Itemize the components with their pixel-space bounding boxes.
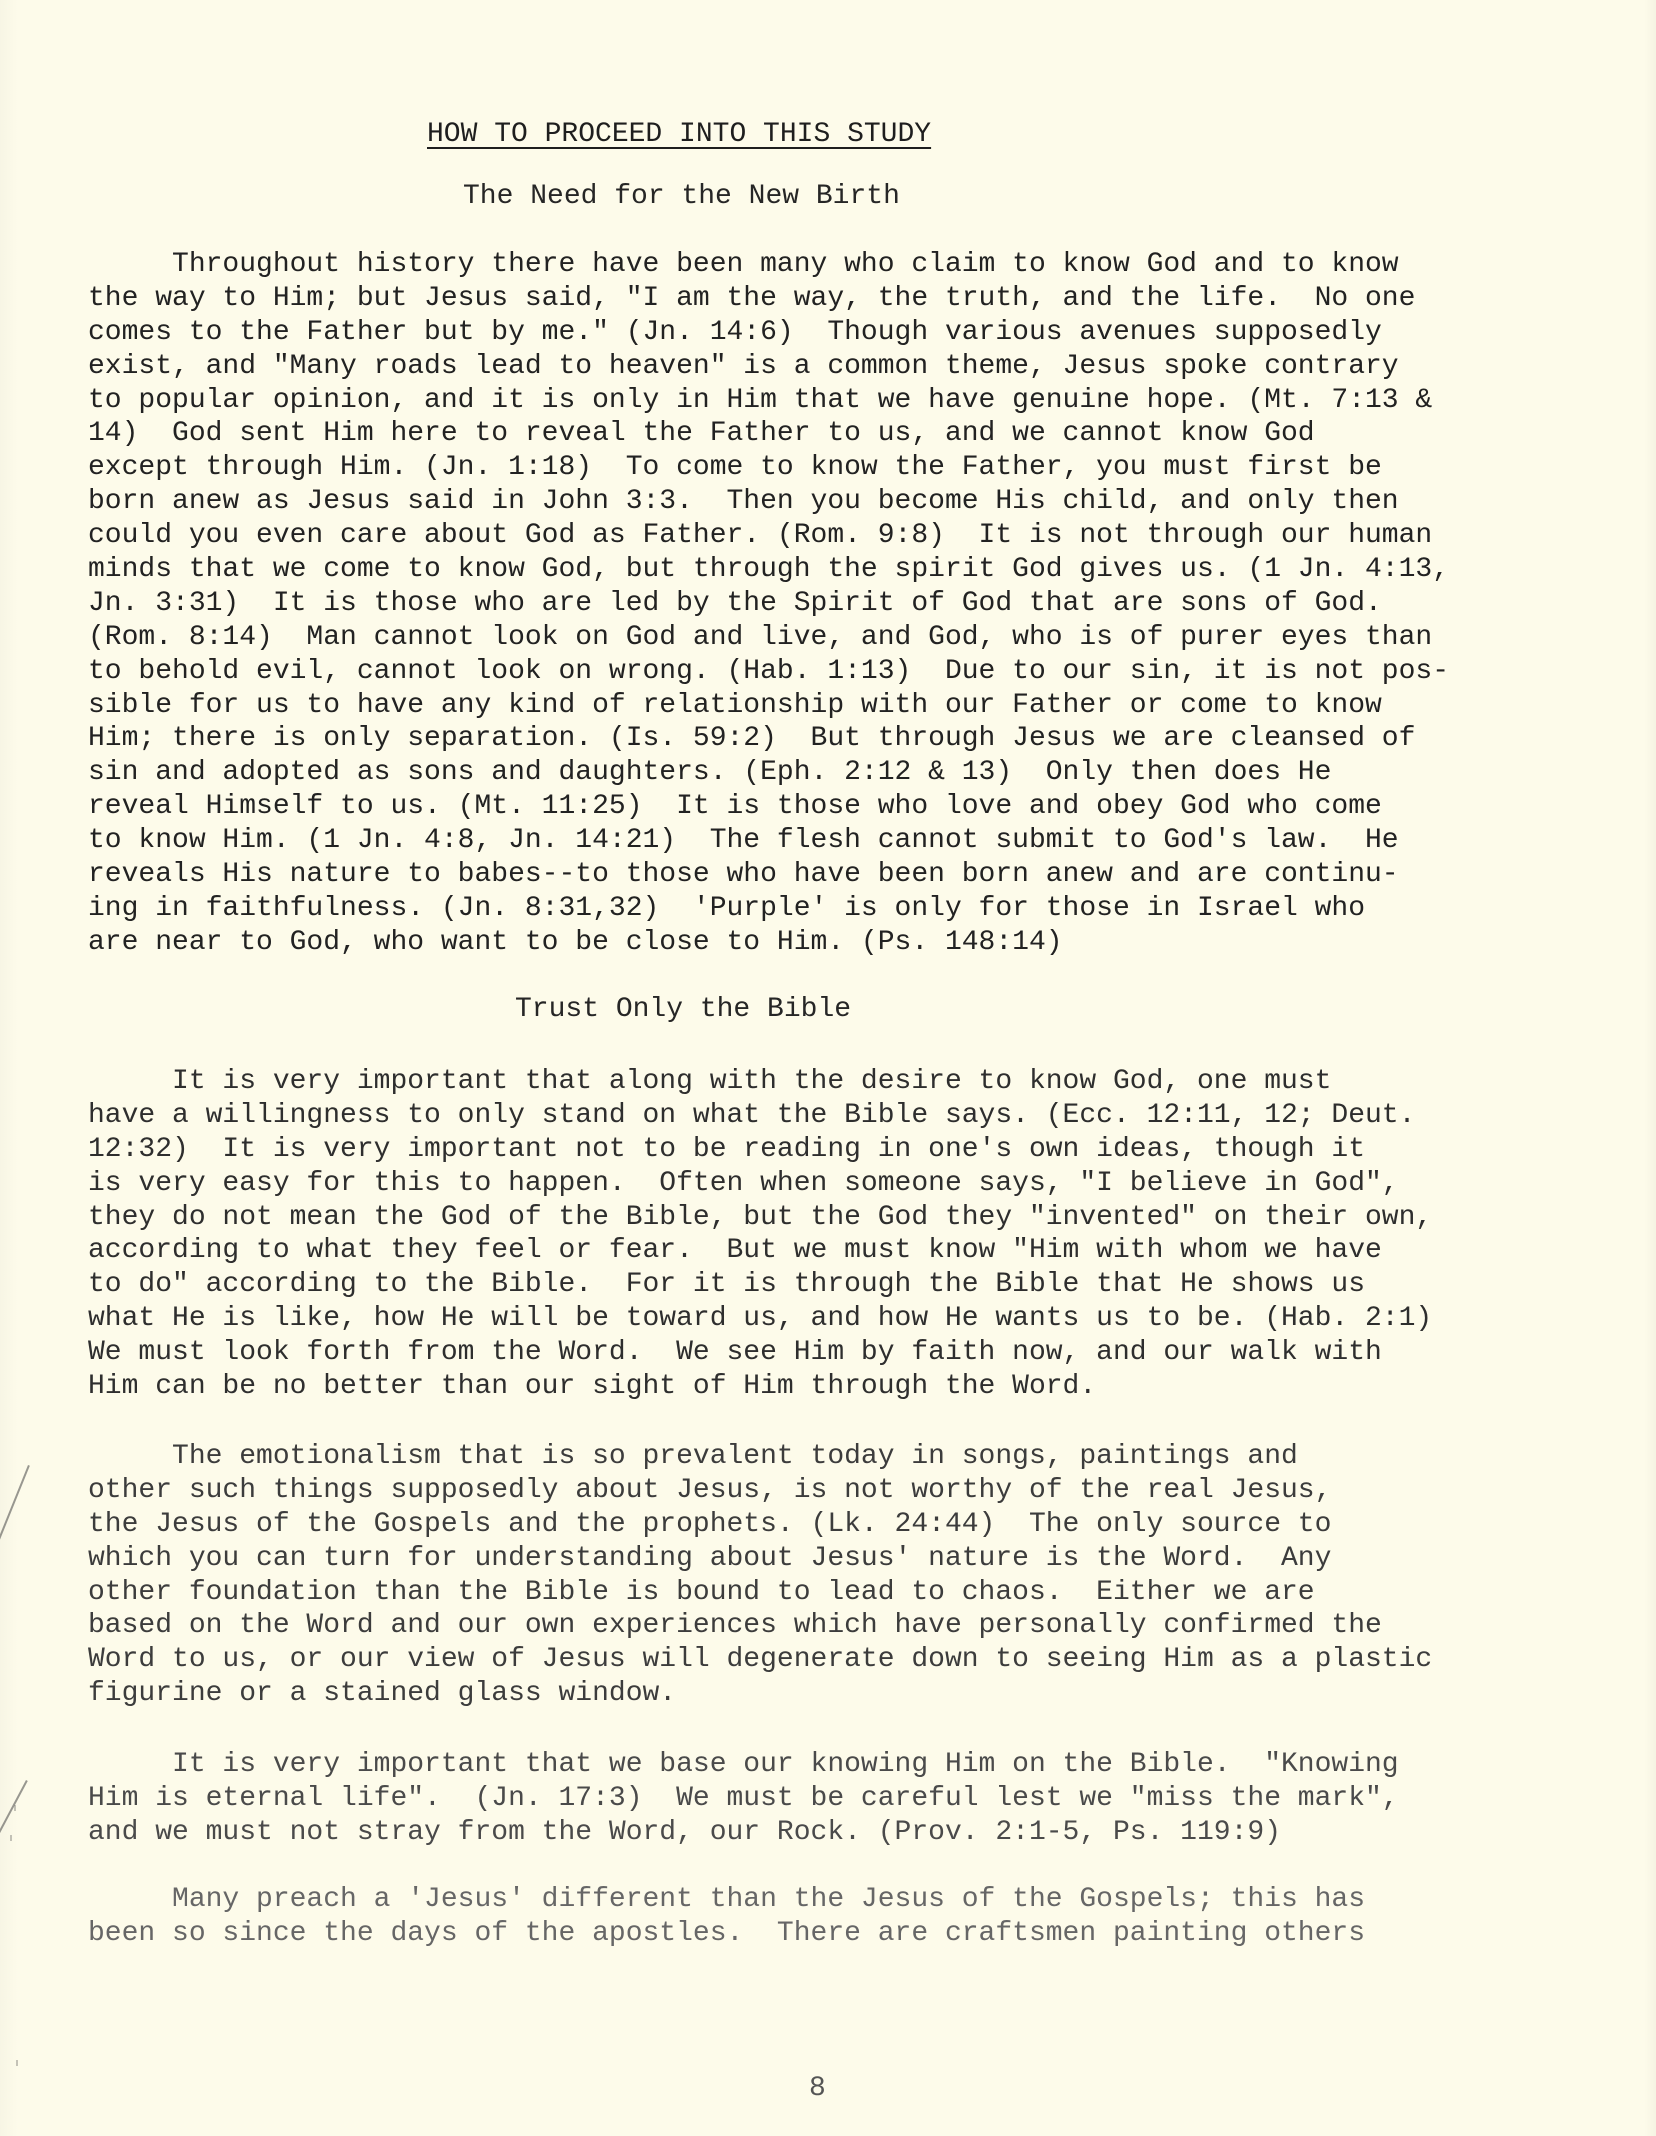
text-line: except through Him. (Jn. 1:18) To come t… [88,451,1449,485]
text-line: to do" according to the Bible. For it is… [88,1268,1432,1302]
text-line: Word to us, or our view of Jesus will de… [88,1643,1432,1677]
text-line: minds that we come to know God, but thro… [88,553,1449,587]
paragraph-new-birth: Throughout history there have been many … [88,248,1449,960]
text-line: is very easy for this to happen. Often w… [88,1167,1432,1201]
text-line: based on the Word and our own experience… [88,1609,1432,1643]
text-line: what He is like, how He will be toward u… [88,1302,1432,1336]
text-line: and we must not stray from the Word, our… [88,1816,1399,1850]
margin-speck [10,1835,12,1841]
text-line: other foundation than the Bible is bound… [88,1576,1432,1610]
margin-speck [14,1805,16,1811]
text-line: sin and adopted as sons and daughters. (… [88,756,1449,790]
text-line: It is very important that along with the… [88,1065,1432,1099]
margin-speck [16,2060,18,2066]
text-line: comes to the Father but by me." (Jn. 14:… [88,316,1449,350]
page-number: 8 [809,2072,826,2106]
text-line: It is very important that we base our kn… [88,1748,1399,1782]
text-line: exist, and "Many roads lead to heaven" i… [88,350,1449,384]
text-line: Jn. 3:31) It is those who are led by the… [88,587,1449,621]
text-line: been so since the days of the apostles. … [88,1917,1365,1951]
text-line: Throughout history there have been many … [88,248,1449,282]
text-line: figurine or a stained glass window. [88,1677,1432,1711]
text-line: which you can turn for understanding abo… [88,1542,1432,1576]
paragraph-trust-bible-3: It is very important that we base our kn… [88,1748,1399,1850]
text-line: The emotionalism that is so prevalent to… [88,1440,1432,1474]
text-line: sible for us to have any kind of relatio… [88,689,1449,723]
text-line: We must look forth from the Word. We see… [88,1336,1432,1370]
text-line: could you even care about God as Father.… [88,519,1449,553]
text-line: 12:32) It is very important not to be re… [88,1133,1432,1167]
document-page: HOW TO PROCEED INTO THIS STUDY The Need … [0,0,1656,2136]
text-line: Him is eternal life". (Jn. 17:3) We must… [88,1782,1399,1816]
text-line: according to what they feel or fear. But… [88,1234,1432,1268]
text-line: Him; there is only separation. (Is. 59:2… [88,722,1449,756]
page-title: HOW TO PROCEED INTO THIS STUDY [427,118,931,152]
section-heading-new-birth: The Need for the New Birth [463,180,900,214]
text-line: to know Him. (1 Jn. 4:8, Jn. 14:21) The … [88,824,1449,858]
text-line: (Rom. 8:14) Man cannot look on God and l… [88,621,1449,655]
text-line: Him can be no better than our sight of H… [88,1370,1432,1404]
text-line: 14) God sent Him here to reveal the Fath… [88,417,1449,451]
text-line: to popular opinion, and it is only in Hi… [88,384,1449,418]
text-line: Many preach a 'Jesus' different than the… [88,1883,1365,1917]
text-line: reveal Himself to us. (Mt. 11:25) It is … [88,790,1449,824]
text-line: the way to Him; but Jesus said, "I am th… [88,282,1449,316]
text-line: are near to God, who want to be close to… [88,926,1449,960]
text-line: ing in faithfulness. (Jn. 8:31,32) 'Purp… [88,892,1449,926]
paragraph-trust-bible-1: It is very important that along with the… [88,1065,1432,1404]
text-line: the Jesus of the Gospels and the prophet… [88,1508,1432,1542]
text-line: to behold evil, cannot look on wrong. (H… [88,655,1449,689]
text-line: born anew as Jesus said in John 3:3. The… [88,485,1449,519]
text-line: reveals His nature to babes--to those wh… [88,858,1449,892]
paragraph-trust-bible-4: Many preach a 'Jesus' different than the… [88,1883,1365,1951]
margin-pencil-mark [0,1465,29,1577]
text-line: they do not mean the God of the Bible, b… [88,1201,1432,1235]
section-heading-trust-bible: Trust Only the Bible [515,993,851,1027]
text-line: other such things supposedly about Jesus… [88,1474,1432,1508]
paragraph-trust-bible-2: The emotionalism that is so prevalent to… [88,1440,1432,1711]
text-line: have a willingness to only stand on what… [88,1099,1432,1133]
